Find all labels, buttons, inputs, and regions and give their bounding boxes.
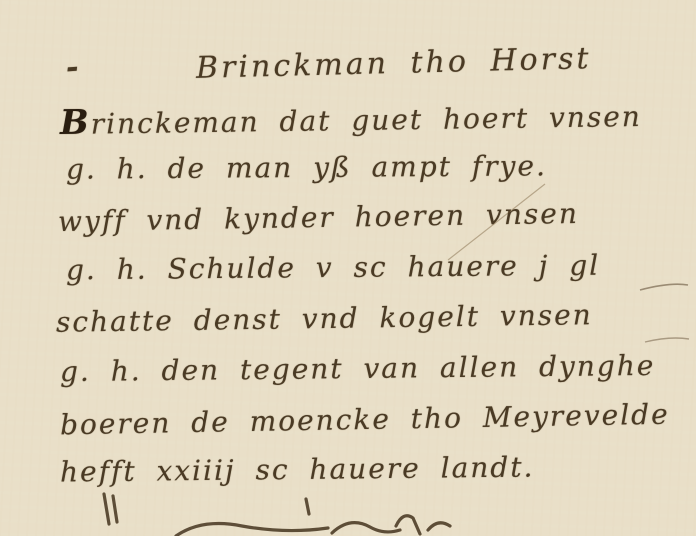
manuscript-scan: - Brinckman tho Horst Brinckeman dat gue…: [0, 0, 696, 536]
manuscript-line-1: Brinckeman dat guet hoert vnsen: [60, 95, 642, 143]
manuscript-line-8: hefft xxiiij sc hauere landt.: [60, 451, 535, 489]
manuscript-line-4: g. h. Schulde v sc hauere j gl: [66, 249, 600, 287]
margin-dash-mark: -: [65, 50, 82, 86]
manuscript-line-6: g. h. den tegent van allen dynghe: [60, 349, 656, 388]
manuscript-line-2: g. h. de man yß ampt frye.: [66, 149, 547, 185]
